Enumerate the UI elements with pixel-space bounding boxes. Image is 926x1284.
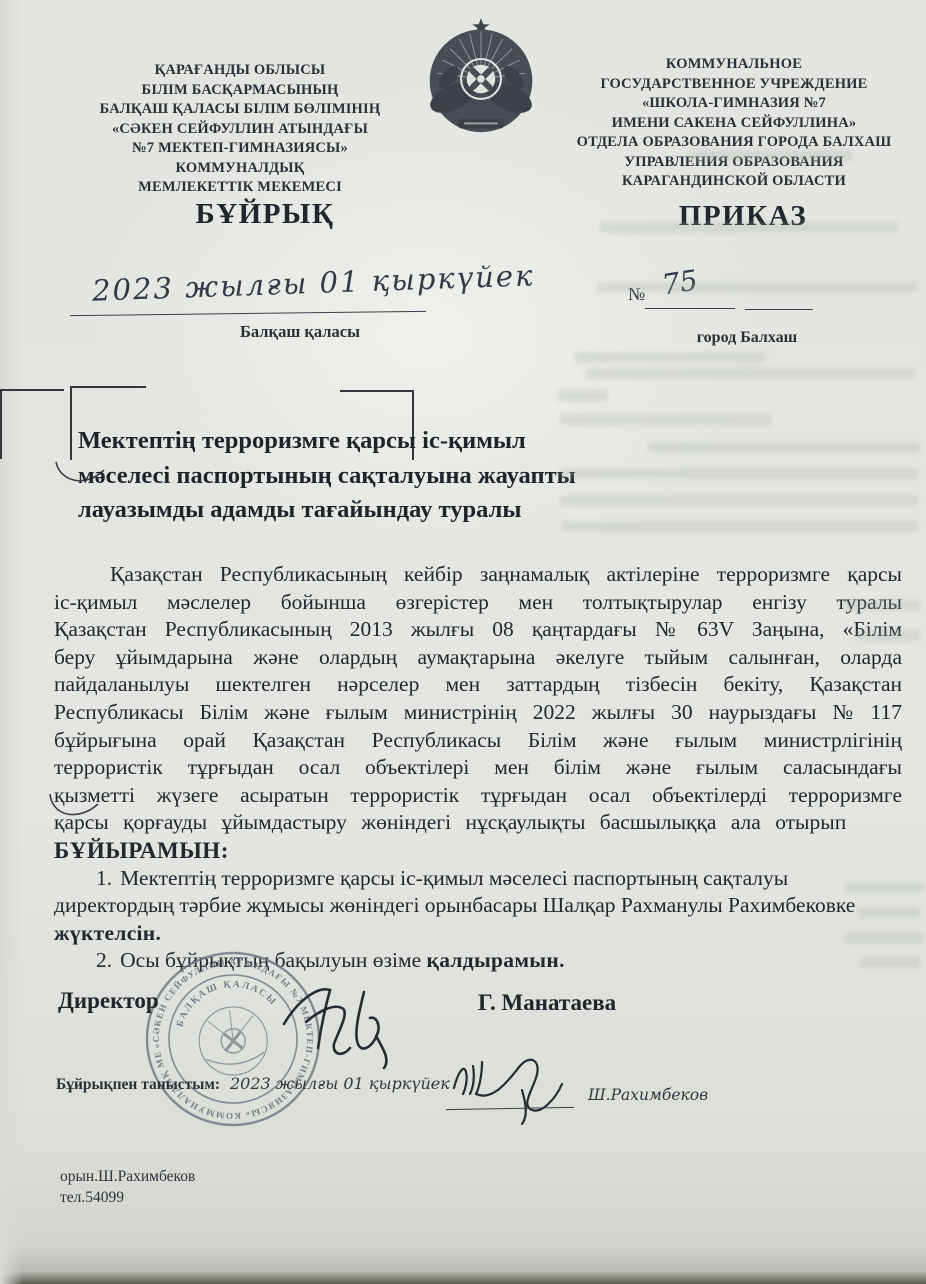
org-name-kazakh: ҚАРАҒАНДЫ ОБЛЫСЫ БІЛІМ БАСҚАРМАСЫНЫҢ БАЛ… [50,61,430,198]
org-kk-line: КОММУНАЛДЫҚ [50,159,430,179]
order-body-text: Қазақстан Республикасының кейбір заңнама… [54,562,902,834]
org-kk-line: БАЛҚАШ ҚАЛАСЫ БІЛІМ БӨЛІМІНІҢ [50,100,430,120]
item-number: 1. [96,866,112,890]
org-ru-line: КОММУНАЛЬНОЕ [545,55,923,75]
item-text: Мектептің терроризмге қарсы іс-қимыл мәс… [54,866,855,918]
bleed-through-mark [558,390,608,401]
executor-name: орын.Ш.Рахимбеков [60,1166,195,1187]
org-kk-line: БІЛІМ БАСҚАРМАСЫНЫҢ [50,81,430,101]
bleed-through-mark [562,521,918,532]
scan-artifact-line [70,386,72,460]
bleed-through-mark [575,352,765,363]
order-type-kazakh: БҰЙРЫҚ [140,198,390,231]
order-date-handwritten: 2023 жылғы 01 қыркүйек [92,258,535,307]
place-russian: город Балхаш [662,329,832,347]
order-title-line: мәселесі паспортының сақталуына жауапты [78,459,638,494]
bleed-through-mark [860,957,920,968]
executor-phone: тел.54099 [60,1187,195,1208]
scan-artifact-line [0,389,2,459]
bleed-through-mark [560,468,918,479]
org-ru-line: «ШКОЛА-ГИМНАЗИЯ №7 [545,94,923,114]
place-kazakh: Балқаш қаласы [180,322,420,342]
org-name-russian: КОММУНАЛЬНОЕ ГОСУДАРСТВЕННОЕ УЧРЕЖДЕНИЕ … [545,55,923,192]
org-ru-line: ГОСУДАРСТВЕННОЕ УЧРЕЖДЕНИЕ [545,75,923,95]
director-label: Директор [58,988,159,1014]
bleed-through-mark [560,414,772,425]
item-bold-word: қалдырамын. [427,948,565,972]
bleed-through-mark [600,222,898,233]
org-kk-line: МЕМЛЕКЕТТІК МЕКЕМЕСІ [50,178,430,198]
order-title-line: Мектептің терроризмге қарсы іс-қимыл [78,424,638,459]
number-underline [645,308,735,309]
acquainted-signature [446,1036,586,1126]
order-title: Мектептің терроризмге қарсы іс-қимыл мәс… [78,424,638,528]
director-signature [272,972,442,1072]
org-kk-line: «СӘКЕН СЕЙФУЛЛИН АТЫНДАҒЫ [50,120,430,140]
scan-artifact-line [0,389,64,391]
resolve-word: БҰЙЫРАМЫН: [54,837,902,865]
document-page: ҚАРАҒАНДЫ ОБЛЫСЫ БІЛІМ БАСҚАРМАСЫНЫҢ БАЛ… [0,0,926,1284]
bleed-through-mark [858,907,920,918]
org-ru-line: ИМЕНИ САКЕНА СЕЙФУЛЛИНА» [545,114,923,134]
bleed-through-mark [648,442,920,453]
org-ru-line: КАРАГАНДИНСКОЙ ОБЛАСТИ [545,172,923,192]
order-title-line: лауазымды адамды тағайындау туралы [78,493,638,528]
bleed-through-mark [845,600,920,611]
acquainted-date: 2023 жылғы 01 қыркүйек [230,1074,450,1093]
acquainted-label: Бұйрықпен таныстым: [56,1076,220,1094]
number-underline [745,309,813,310]
bleed-through-mark [845,882,923,893]
order-item-1: 1.Мектептің терроризмге қарсы іс-қимыл м… [54,865,902,948]
director-name: Г. Манатаева [478,990,616,1016]
bleed-through-mark [688,150,853,161]
bleed-through-mark [585,368,915,379]
acquainted-name: Ш.Рахимбеков [588,1086,708,1104]
footer-block: орын.Ш.Рахимбеков тел.54099 [60,1166,195,1208]
scan-artifact-line [340,390,414,392]
item-number: 2. [96,948,112,972]
kazakhstan-emblem-icon [424,16,538,140]
scan-artifact-line [72,386,146,388]
bleed-through-mark [855,630,920,641]
date-underline [70,311,426,316]
org-kk-line: ҚАРАҒАНДЫ ОБЛЫСЫ [50,61,430,81]
bleed-through-mark [560,495,918,506]
bleed-through-mark [598,282,918,293]
org-kk-line: №7 МЕКТЕП-ГИМНАЗИЯСЫ» [50,139,430,159]
order-body-paragraph: Қазақстан Республикасының кейбір заңнама… [54,561,902,837]
item-bold-word: жүктелсін. [54,921,161,945]
bleed-through-mark [845,932,923,943]
